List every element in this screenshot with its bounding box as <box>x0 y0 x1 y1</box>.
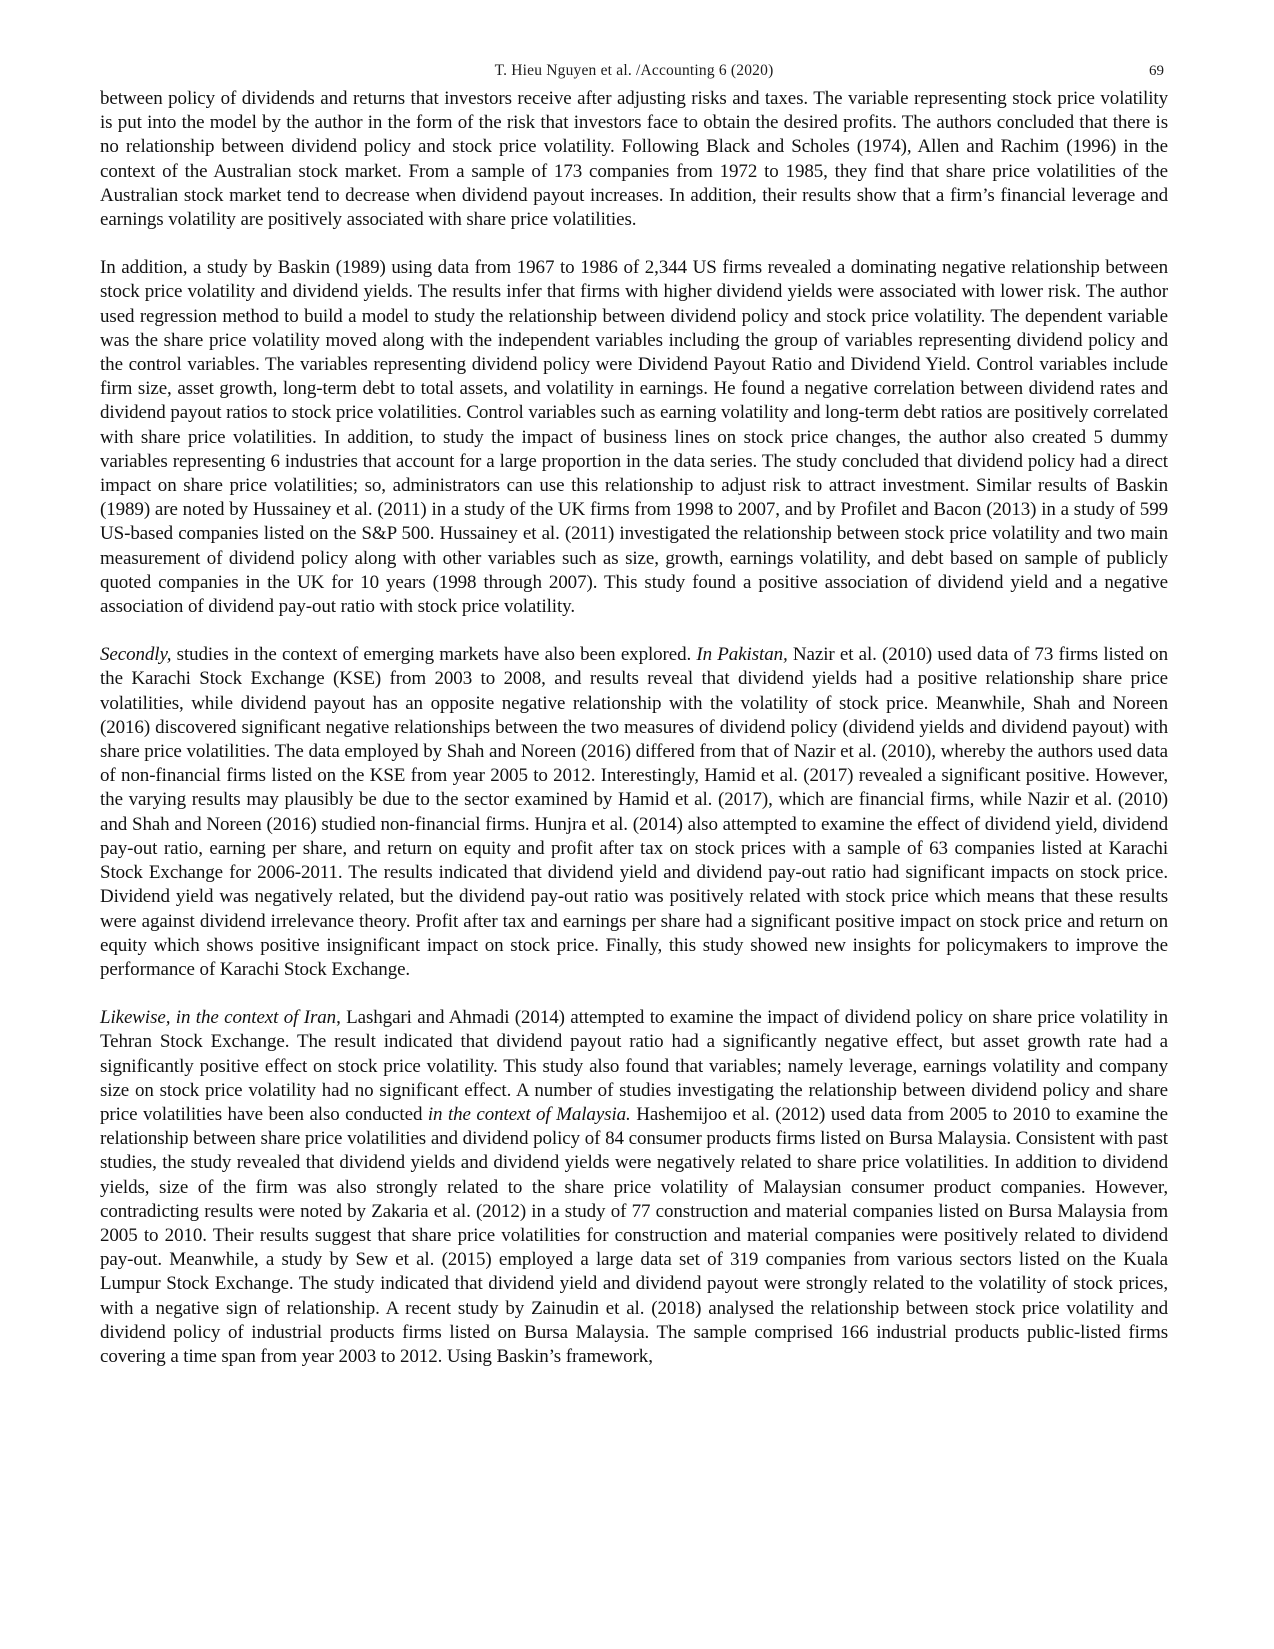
text-run: between policy of dividends and returns … <box>100 88 1168 230</box>
paragraph-3: Secondly, studies in the context of emer… <box>100 643 1168 982</box>
page-body: between policy of dividends and returns … <box>100 87 1168 1393</box>
paragraph-2: In addition, a study by Baskin (1989) us… <box>100 256 1168 619</box>
text-run: In addition, a study by Baskin (1989) us… <box>100 257 1168 617</box>
document-page: T. Hieu Nguyen et al. /Accounting 6 (202… <box>0 0 1274 1649</box>
page-number: 69 <box>1149 62 1164 80</box>
paragraph-1: between policy of dividends and returns … <box>100 87 1168 232</box>
text-run: studies in the context of emerging marke… <box>171 644 696 665</box>
page-header: T. Hieu Nguyen et al. /Accounting 6 (202… <box>100 62 1168 84</box>
text-run: Nazir et al. (2010) used data of 73 firm… <box>100 644 1168 980</box>
paragraph-4: Likewise, in the context of Iran, Lashga… <box>100 1006 1168 1369</box>
italic-text-run: in the context of Malaysia. <box>428 1104 631 1125</box>
running-title: T. Hieu Nguyen et al. /Accounting 6 (202… <box>100 62 1168 80</box>
italic-text-run: Secondly, <box>100 644 171 665</box>
italic-text-run: In Pakistan, <box>696 644 787 665</box>
italic-text-run: Likewise, in the context of Iran <box>100 1007 336 1028</box>
text-run: Hashemijoo et al. (2012) used data from … <box>100 1104 1168 1367</box>
